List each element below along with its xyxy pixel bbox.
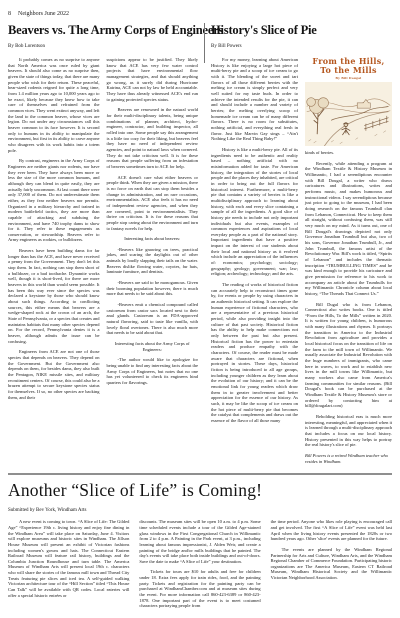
paragraph: Beholding historical eras is much more i… [305,414,392,448]
article-slice-title: Another “Slice of Life” is Coming! [8,480,392,501]
slice-column-3: the time period. Anyone who likes role p… [271,519,392,614]
paragraph: -Beavers emit a chemical compound called… [107,302,199,336]
paragraph: It probably comes as no surprise to anyo… [8,57,100,153]
newspaper-page: 8 Neighbors June 2022 Beavers vs. The Ar… [0,0,400,618]
paragraph: -The author would like to apologize for … [107,357,199,385]
figure-title-line2: To the Mills [320,65,377,75]
top-section: Beavers vs. The Army Corps of Engineers … [8,22,392,469]
paragraph: the time period. Anyone who likes role p… [271,519,392,542]
paragraph: Bill Dugal who is from Lebanon, Connecti… [305,302,392,409]
paragraph: -Beavers like gnawing on trees, practica… [107,247,199,275]
section-divider [8,473,392,475]
facts-heading: Interesting facts about beavers: [107,236,199,242]
paragraph: ACE doesn't care what either beavers or … [107,175,199,232]
author-note: Bill Powers is a retired Windham teacher… [305,453,392,464]
paragraph: The events are planned by the Windham Re… [271,547,392,581]
paragraph: A new event is coming to town. “A Slice … [8,519,129,598]
article-history-title: History's Slice of Pie [211,24,392,37]
article-history: History's Slice of Pie By Bill Powers Fo… [211,22,392,469]
paragraph: The reading of works of historical ficti… [211,282,298,423]
figure-title: From the Hills, To the Mills [305,57,392,75]
article-beavers: Beavers vs. The Army Corps of Engineers … [8,22,198,469]
paragraph: Beavers have been building dams for far … [8,248,100,344]
beavers-column-2: suspicions appear to be justified. They … [107,57,199,405]
paragraph: For my money, learning about American Hi… [211,57,298,142]
paragraph: Recently, while attending a program at t… [305,161,392,297]
article-slice-byline: Submitted by Bev York, Windham Arts [8,508,392,513]
paragraph: -Beavers are said to be monogamous. Give… [107,280,199,297]
publication-title: Neighbors June 2022 [18,11,69,17]
figure-byline: By Bill Dougal [305,76,392,80]
article-history-byline: By Bill Powers [211,44,392,49]
farm-sketch-illustration [305,82,392,146]
beavers-column-1: It probably comes as no surprise to anyo… [8,57,100,405]
article-beavers-byline: By Bob Lorentson [8,44,198,49]
paragraph: suspicions appear to be justified. They … [107,57,199,102]
page-header: 8 Neighbors June 2022 [8,11,392,17]
paragraph: kinds of berries. [305,150,392,156]
slice-column-1: A new event is coming to town. “A Slice … [8,519,129,614]
facts-heading: Interesting facts about the Army Corps o… [107,341,199,352]
paragraph: discounts. The museum sites will be open… [139,519,260,564]
paragraph: Beavers are renowned in the natural worl… [107,107,199,169]
book-illustration-figure: From the Hills, To the Mills By Bill Dou… [305,57,392,146]
paragraph: By contrast, engineers in the Army Corps… [8,158,100,243]
history-column-2: From the Hills, To the Mills By Bill Dou… [305,57,392,469]
page-number: 8 [8,11,11,17]
history-column-1: For my money, learning about American Hi… [211,57,298,469]
slice-column-2: discounts. The museum sites will be open… [139,519,260,614]
headline-divider [204,23,205,63]
article-slice-of-life: Another “Slice of Life” is Coming! Submi… [8,480,392,614]
paragraph: Engineers from ACE are not one of those … [8,349,100,400]
paragraph: Tickets for tours are $10 for adults and… [139,569,260,609]
article-beavers-title: Beavers vs. The Army Corps of Engineers [8,24,198,37]
paragraph: History is like a multi-berry pie. All o… [211,147,298,277]
